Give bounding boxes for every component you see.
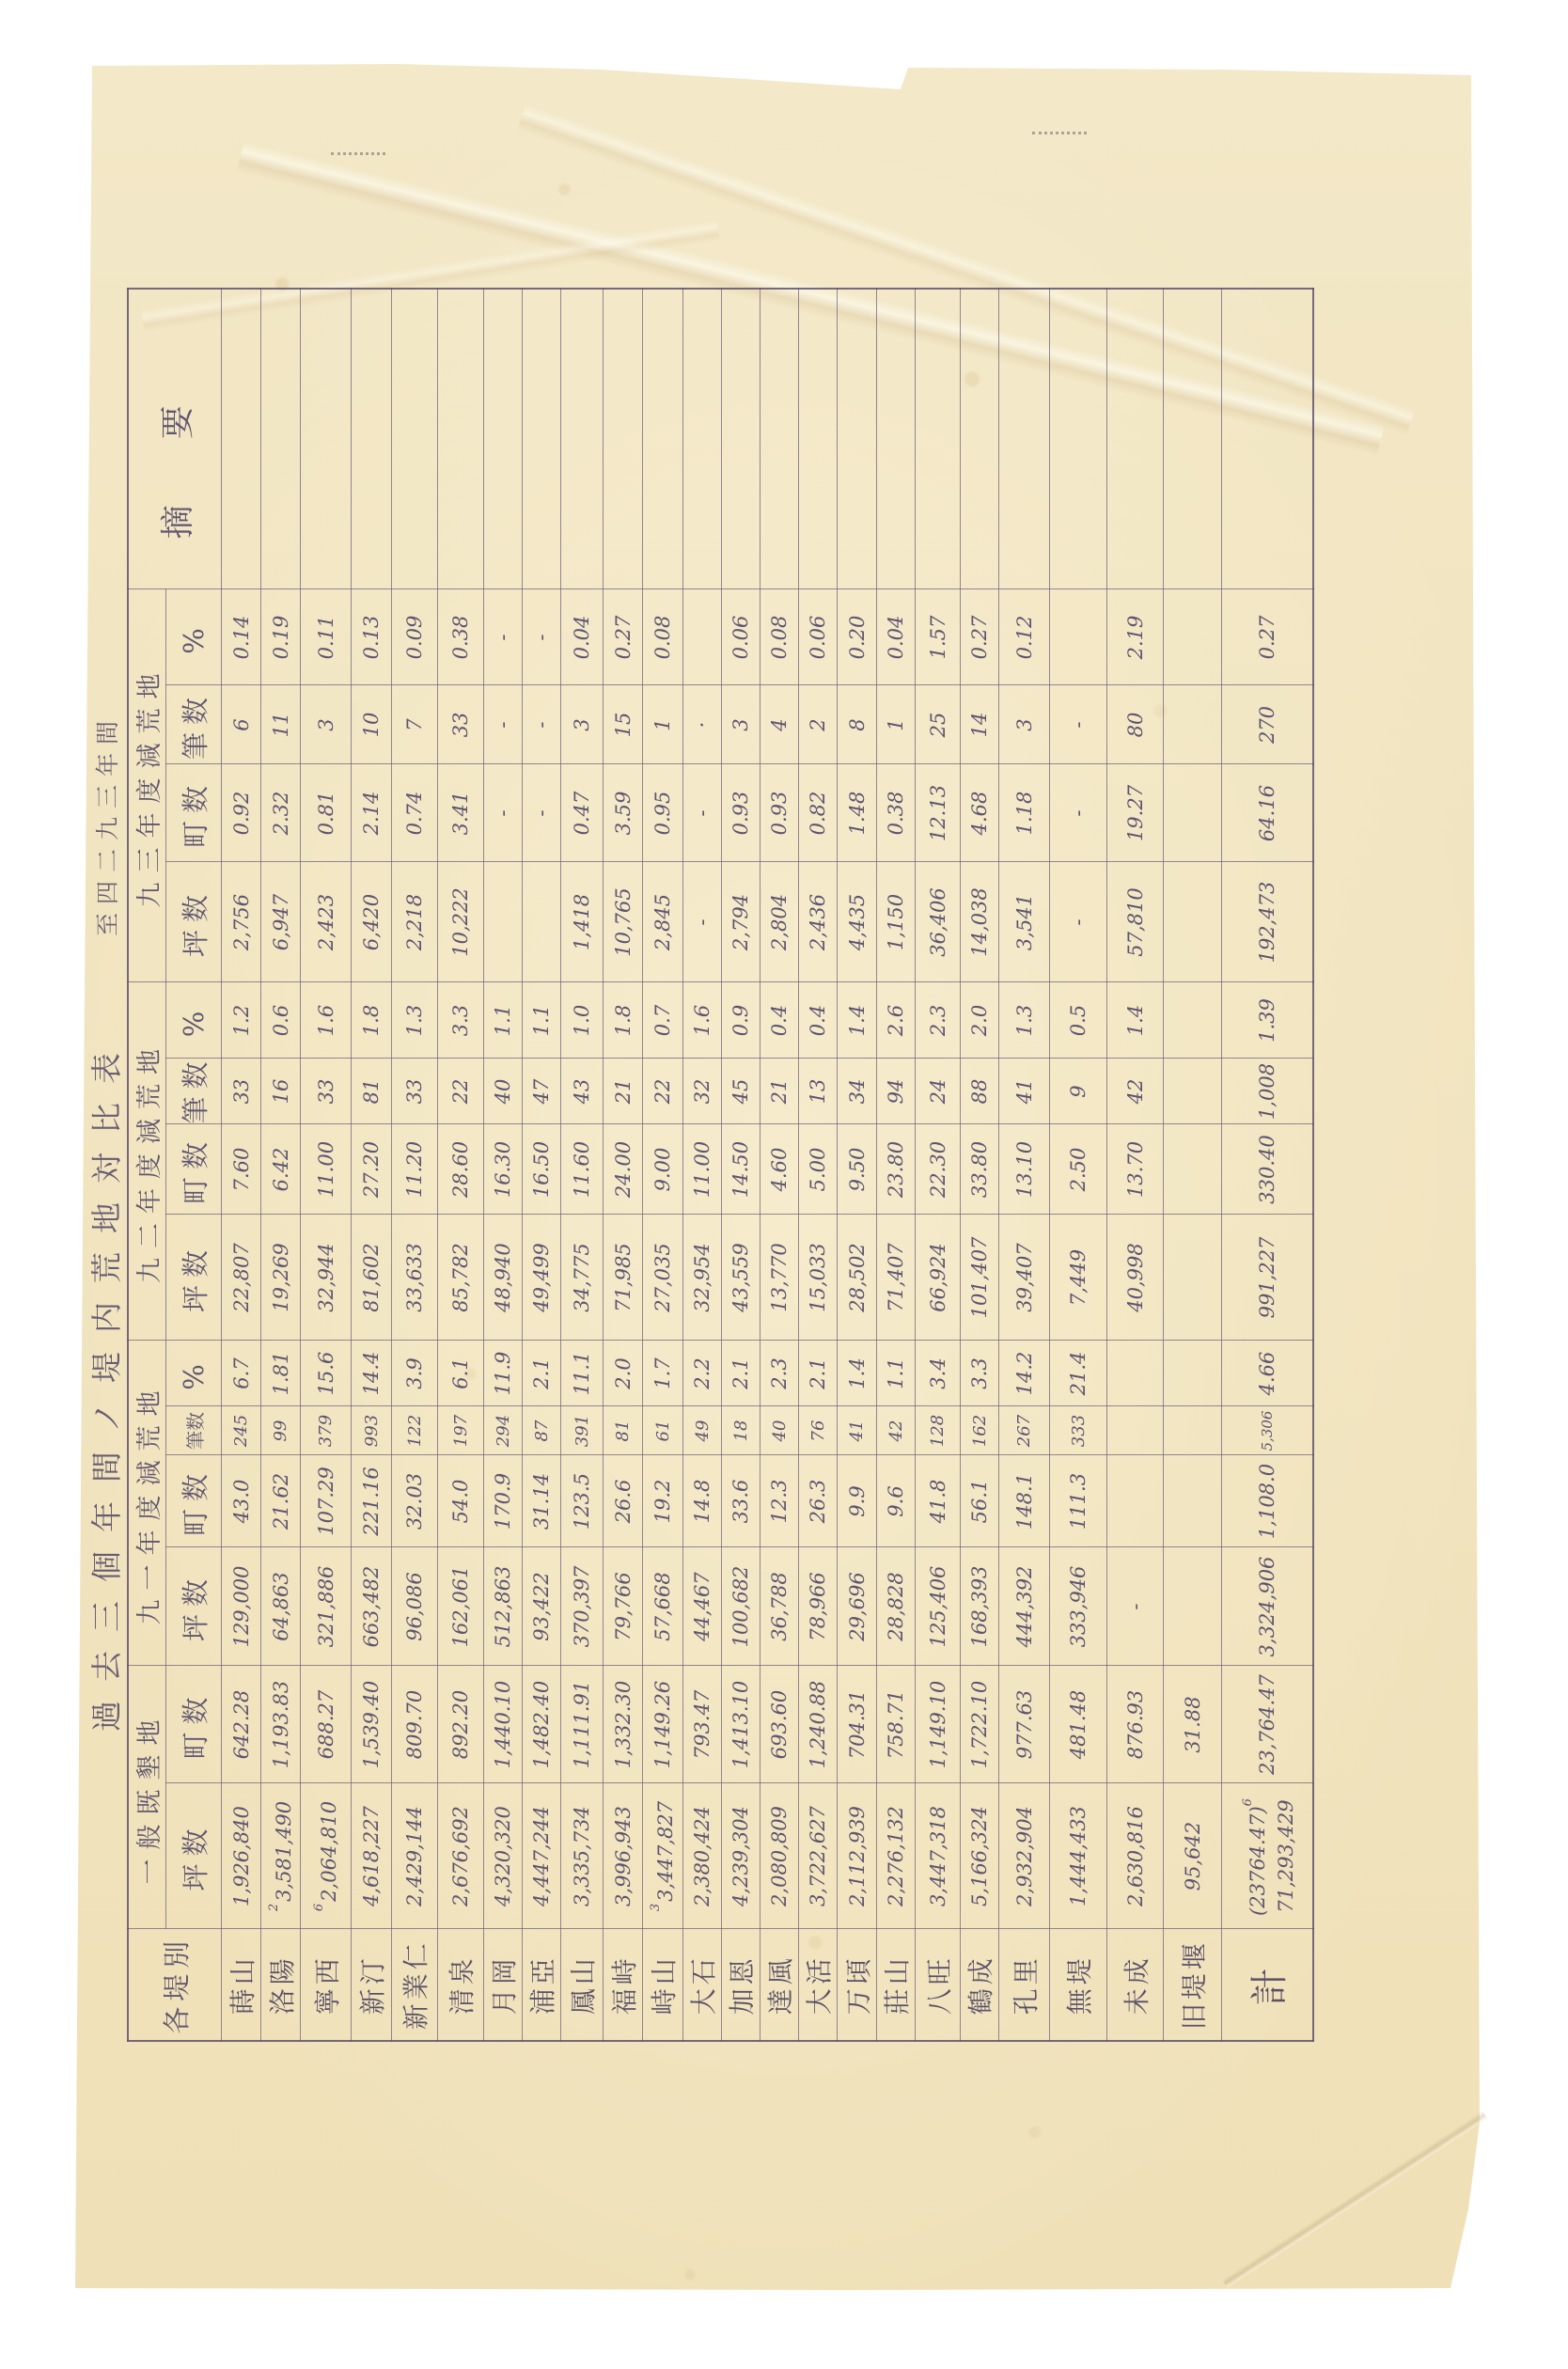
table-row: 鶴成 5,166,324 1,722.10 168,393 56.1 162 3… [961,289,999,2041]
y91-tsubo: 129,000 [222,1547,261,1666]
y91-cho: 9.9 [838,1455,877,1547]
wasteland-comparison-table-rotated: 各堤別 一般既墾地 九一年度減荒地 九二年度減荒地 九三年度減荒地 摘要 坪数 … [127,290,1297,2042]
y91-pct: 2.2 [683,1341,722,1406]
y91-pct: 6.7 [222,1341,261,1406]
y93-tsubo: - [1050,862,1107,982]
y92-tsubo: 991,227 [1222,1215,1313,1341]
y92-pct: 1.6 [683,982,722,1059]
y92-plots: 13 [799,1059,838,1124]
y93-tsubo: 2,845 [643,862,683,982]
y92-pct: 0.9 [722,982,760,1059]
total-label: 計 [1222,1929,1313,2041]
y92-plots: 22 [438,1059,484,1124]
y92-tsubo: 13,770 [760,1215,799,1341]
table-row: 洛陽 23,581,490 1,193.83 64,863 21.62 99 1… [261,289,301,2041]
y91-plots: 81 [604,1406,643,1455]
general-cho: 876.93 [1107,1666,1164,1783]
y93-cho: - [523,764,561,862]
y93-pct [1050,589,1107,685]
y93-cho: 0.93 [722,764,760,862]
y92-plots: 33 [392,1059,438,1124]
embankment-name: 無堤 [1050,1929,1107,2041]
embankment-name: 万頃 [838,1929,877,2041]
y92-cho: 11.60 [561,1124,604,1215]
table-row: 寧西 62,064,810 688.27 321,886 107.29 379 … [301,289,352,2041]
header-plots: 筆数 [166,685,222,764]
y91-tsubo: 333,946 [1050,1547,1107,1666]
y92-cho: 2.50 [1050,1124,1107,1215]
y91-pct: 3.4 [916,1341,961,1406]
embankment-name: 鶴成 [961,1929,999,2041]
remarks-cell [352,289,392,589]
y93-tsubo: 10,222 [438,862,484,982]
general-total-note: (23764.47) [1247,1806,1269,1916]
y92-cho: 4.60 [760,1124,799,1215]
table-body: 蒔山 1,926,840 642.28 129,000 43.0 245 6.7… [222,289,1313,2041]
embankment-name: 寧西 [301,1929,352,2041]
y93-tsubo: 36,406 [916,862,961,982]
remarks-cell [999,289,1050,589]
y91-plots: 61 [643,1406,683,1455]
y93-pct [1164,589,1222,685]
y92-pct: 1.2 [222,982,261,1059]
general-tsubo: 2,676,692 [438,1783,484,1929]
y92-cho: 24.00 [604,1124,643,1215]
y92-tsubo: 85,782 [438,1215,484,1341]
y92-cho: 33.80 [961,1124,999,1215]
y92-cho: 9.00 [643,1124,683,1215]
general-tsubo-value: 71,293,429 [1272,1784,1300,1929]
y93-cho: 12.13 [916,764,961,862]
y93-pct: 0.04 [561,589,604,685]
general-cho: 704.31 [838,1666,877,1783]
embankment-name: 福峙 [604,1929,643,2041]
y91-tsubo: 96,086 [392,1547,438,1666]
y91-tsubo: 125,406 [916,1547,961,1666]
general-cho: 642.28 [222,1666,261,1783]
header-pct: % [166,982,222,1059]
y93-tsubo [523,862,561,982]
y91-cho: 14.8 [683,1455,722,1547]
y92-pct: 3.3 [438,982,484,1059]
general-cho: 1,149.26 [643,1666,683,1783]
y93-plots: - [1050,685,1107,764]
header-group-row: 各堤別 一般既墾地 九一年度減荒地 九二年度減荒地 九三年度減荒地 摘要 [128,289,166,2041]
y92-cho: 13.10 [999,1124,1050,1215]
y93-tsubo: 4,435 [838,862,877,982]
y93-cho: - [683,764,722,862]
general-tsubo: 3,447,318 [916,1783,961,1929]
y92-tsubo: 40,998 [1107,1215,1164,1341]
y91-plots: 122 [392,1406,438,1455]
y92-pct [1164,982,1222,1059]
y93-pct: 0.38 [438,589,484,685]
y93-plots: 3 [722,685,760,764]
general-cho: 23,764.47 [1222,1666,1313,1783]
table-row: 新汀 4,618,227 1,539.40 663,482 221.16 993… [352,289,392,2041]
y93-tsubo [484,862,523,982]
y93-cho: 0.92 [222,764,261,862]
y91-cho: 26.6 [604,1455,643,1547]
y93-tsubo: - [683,862,722,982]
y93-tsubo: 1,150 [877,862,916,982]
y93-plots: 7 [392,685,438,764]
remarks-cell [484,289,523,589]
y91-plots: 18 [722,1406,760,1455]
y91-tsubo: 36,788 [760,1547,799,1666]
y91-pct: 14.4 [352,1341,392,1406]
y93-tsubo: 1,418 [561,862,604,982]
y92-tsubo: 71,985 [604,1215,643,1341]
general-tsubo: 3,335,734 [561,1783,604,1929]
y91-tsubo: - [1107,1547,1164,1666]
wasteland-comparison-table: 各堤別 一般既墾地 九一年度減荒地 九二年度減荒地 九三年度減荒地 摘要 坪数 … [127,288,1314,2042]
y93-cho: - [1050,764,1107,862]
y91-pct: 11.1 [561,1341,604,1406]
table-header: 各堤別 一般既墾地 九一年度減荒地 九二年度減荒地 九三年度減荒地 摘要 坪数 … [128,289,222,2041]
y92-cho: 9.50 [838,1124,877,1215]
header-embankment: 各堤別 [128,1929,222,2041]
embankment-name: 八旺 [916,1929,961,2041]
y92-cho: 11.00 [683,1124,722,1215]
y93-cho: - [484,764,523,862]
y91-tsubo: 44,467 [683,1547,722,1666]
header-tsubo: 坪数 [166,1547,222,1666]
remarks-cell [838,289,877,589]
header-tsubo: 坪数 [166,1215,222,1341]
y93-cho: 0.81 [301,764,352,862]
general-cho: 31.88 [1164,1666,1222,1783]
y92-cho: 27.20 [352,1124,392,1215]
header-remarks: 摘要 [128,289,222,589]
embankment-name: 大活 [799,1929,838,2041]
general-tsubo: 2,932,904 [999,1783,1050,1929]
y91-cho: 41.8 [916,1455,961,1547]
y91-pct: 1.7 [643,1341,683,1406]
y91-cho: 148.1 [999,1455,1050,1547]
y91-tsubo: 28,828 [877,1547,916,1666]
y91-plots: 993 [352,1406,392,1455]
y91-tsubo: 78,966 [799,1547,838,1666]
y93-pct: 0.19 [261,589,301,685]
y92-pct: 1.3 [999,982,1050,1059]
embankment-name: 新業仁 [392,1929,438,2041]
header-cho: 町数 [166,764,222,862]
general-tsubo-value: 2,064,810 [318,1801,340,1902]
y91-plots [1164,1406,1222,1455]
y91-plots: 41 [838,1406,877,1455]
fraction-mark: 6 [1241,1798,1255,1806]
general-tsubo: 1,926,840 [222,1783,261,1929]
y91-tsubo: 64,863 [261,1547,301,1666]
y93-tsubo: 10,765 [604,862,643,982]
y91-plots: 40 [760,1406,799,1455]
y92-cho [1164,1124,1222,1215]
y91-plots: 267 [999,1406,1050,1455]
y93-pct [683,589,722,685]
y92-plots: 88 [961,1059,999,1124]
y92-plots: 33 [301,1059,352,1124]
y91-pct: 3.3 [961,1341,999,1406]
y92-plots: 34 [838,1059,877,1124]
y93-plots: - [484,685,523,764]
y91-cho: 1,108.0 [1222,1455,1313,1547]
table-row: 加恩 4,239,304 1,413.10 100,682 33.6 18 2.… [722,289,760,2041]
y91-tsubo: 100,682 [722,1547,760,1666]
header-cho: 町数 [166,1455,222,1547]
y91-pct [1164,1341,1222,1406]
general-tsubo: 4,239,304 [722,1783,760,1929]
y91-pct: 11.9 [484,1341,523,1406]
y92-tsubo: 101,407 [961,1215,999,1341]
remarks-cell [301,289,352,589]
y93-cho: 2.14 [352,764,392,862]
general-cho: 809.70 [392,1666,438,1783]
remarks-cell [1164,289,1222,589]
y92-tsubo: 19,269 [261,1215,301,1341]
y92-tsubo: 15,033 [799,1215,838,1341]
y91-plots: 49 [683,1406,722,1455]
general-cho: 977.63 [999,1666,1050,1783]
y92-tsubo: 48,940 [484,1215,523,1341]
table-row: 無堤 1,444,433 481.48 333,946 111.3 333 21… [1050,289,1107,2041]
general-tsubo: 2,630,816 [1107,1783,1164,1929]
y92-pct: 0.5 [1050,982,1107,1059]
y92-plots: 9 [1050,1059,1107,1124]
y92-cho: 23.80 [877,1124,916,1215]
table-row: 峙山 33,447,827 1,149.26 57,668 19.2 61 1.… [643,289,683,2041]
y91-tsubo: 168,393 [961,1547,999,1666]
y93-tsubo: 6,420 [352,862,392,982]
y91-cho: 107.29 [301,1455,352,1547]
y93-plots: 3 [301,685,352,764]
y92-tsubo: 49,499 [523,1215,561,1341]
y91-cho: 33.6 [722,1455,760,1547]
y93-pct: 0.08 [760,589,799,685]
y93-tsubo: 2,756 [222,862,261,982]
y93-pct: 0.11 [301,589,352,685]
y91-tsubo: 93,422 [523,1547,561,1666]
y93-tsubo [1164,862,1222,982]
header-y93: 九三年度減荒地 [128,589,166,982]
embankment-name: 加恩 [722,1929,760,2041]
y92-plots: 1,008 [1222,1059,1313,1124]
table-row: 月岡 4,320,320 1,440.10 512,863 170.9 294 … [484,289,523,2041]
y92-plots: 22 [643,1059,683,1124]
table-row: 旧堤堰 95,642 31.88 [1164,289,1222,2041]
table-row: 万頃 2,112,939 704.31 29,696 9.9 41 1.4 28… [838,289,877,2041]
y92-tsubo: 32,944 [301,1215,352,1341]
y93-plots: 8 [838,685,877,764]
remarks-cell [604,289,643,589]
remarks-cell [683,289,722,589]
y93-tsubo: 2,218 [392,862,438,982]
fraction-mark: 2 [267,1904,281,1911]
y93-plots: 4 [760,685,799,764]
general-cho: 1,332.30 [604,1666,643,1783]
y93-tsubo: 14,038 [961,862,999,982]
y93-plots: 2 [799,685,838,764]
general-cho: 693.60 [760,1666,799,1783]
general-tsubo-value: 3,581,490 [273,1801,295,1902]
y91-plots: 99 [261,1406,301,1455]
y93-plots [1164,685,1222,764]
table-row: 福峙 3,996,943 1,332.30 79,766 26.6 81 2.0… [604,289,643,2041]
remarks-cell [1107,289,1164,589]
embankment-name: 峙山 [643,1929,683,2041]
y91-pct: 1.4 [838,1341,877,1406]
y93-pct: 0.04 [877,589,916,685]
y93-plots: · [683,685,722,764]
general-cho: 1,149.10 [916,1666,961,1783]
table-row: 新業仁 2,429,144 809.70 96,086 32.03 122 3.… [392,289,438,2041]
embankment-name: 浦亞 [523,1929,561,2041]
remarks-cell [799,289,838,589]
embankment-name: 旧堤堰 [1164,1929,1222,2041]
y92-plots: 47 [523,1059,561,1124]
general-tsubo: 33,447,827 [643,1783,683,1929]
y92-plots: 21 [760,1059,799,1124]
y93-plots: - [523,685,561,764]
y91-cho: 221.16 [352,1455,392,1547]
y93-tsubo: 2,436 [799,862,838,982]
y92-tsubo: 22,807 [222,1215,261,1341]
y91-pct: 1.81 [261,1341,301,1406]
remarks-cell [523,289,561,589]
y93-plots: 11 [261,685,301,764]
y91-cho: 31.14 [523,1455,561,1547]
y92-cho: 11.20 [392,1124,438,1215]
y91-cho [1164,1455,1222,1547]
y93-plots: 15 [604,685,643,764]
y92-pct: 1.3 [392,982,438,1059]
y92-cho: 7.60 [222,1124,261,1215]
general-cho: 1,539.40 [352,1666,392,1783]
y91-cho: 32.03 [392,1455,438,1547]
general-tsubo: 3,722,627 [799,1783,838,1929]
header-tsubo: 坪数 [166,862,222,982]
y91-plots: 333 [1050,1406,1107,1455]
y91-pct: 3.9 [392,1341,438,1406]
y93-plots: 1 [877,685,916,764]
general-tsubo: 5,166,324 [961,1783,999,1929]
embankment-name: 新汀 [352,1929,392,2041]
y93-pct: 0.09 [392,589,438,685]
general-cho: 1,413.10 [722,1666,760,1783]
y93-cho: 3.59 [604,764,643,862]
y93-plots: 10 [352,685,392,764]
y93-pct: 0.06 [722,589,760,685]
y92-plots: 40 [484,1059,523,1124]
y93-plots: 1 [643,685,683,764]
y93-cho: 0.74 [392,764,438,862]
y93-plots: 25 [916,685,961,764]
y92-plots: 16 [261,1059,301,1124]
y93-pct: 1.57 [916,589,961,685]
table-row: 清泉 2,676,692 892.20 162,061 54.0 197 6.1… [438,289,484,2041]
y91-tsubo: 663,482 [352,1547,392,1666]
y91-plots: 294 [484,1406,523,1455]
y91-tsubo: 57,668 [643,1547,683,1666]
y93-tsubo: 3,541 [999,862,1050,982]
y91-tsubo: 512,863 [484,1547,523,1666]
y92-pct: 1.8 [352,982,392,1059]
general-tsubo: 95,642 [1164,1783,1222,1929]
y91-plots: 42 [877,1406,916,1455]
table-row: 莊山 2,276,132 758.71 28,828 9.6 42 1.1 71… [877,289,916,2041]
table-row: 達風 2,080,809 693.60 36,788 12.3 40 2.3 1… [760,289,799,2041]
y93-plots: 80 [1107,685,1164,764]
y91-tsubo: 321,886 [301,1547,352,1666]
embankment-name: 達風 [760,1929,799,2041]
general-tsubo: 23,581,490 [261,1783,301,1929]
general-tsubo: 4,618,227 [352,1783,392,1929]
remarks-cell [261,289,301,589]
y92-pct: 1.39 [1222,982,1313,1059]
table-row: 鳳山 3,335,734 1,111.91 370,397 123.5 391 … [561,289,604,2041]
y91-cho [1107,1455,1164,1547]
y93-cho: 1.18 [999,764,1050,862]
general-cho: 793.47 [683,1666,722,1783]
general-tsubo: 4,447,244 [523,1783,561,1929]
general-cho: 1,482.40 [523,1666,561,1783]
y91-tsubo: 444,392 [999,1547,1050,1666]
y93-plots: 14 [961,685,999,764]
y93-plots: 3 [999,685,1050,764]
y93-pct: 0.14 [222,589,261,685]
remarks-cell [643,289,683,589]
binding-hole-marks [1032,132,1087,138]
y92-plots: 45 [722,1059,760,1124]
y92-tsubo: 32,954 [683,1215,722,1341]
embankment-name: 莊山 [877,1929,916,2041]
header-plots: 筆数 [166,1059,222,1124]
y91-plots: 162 [961,1406,999,1455]
fraction-mark: 3 [649,1904,663,1911]
y92-cho: 13.70 [1107,1124,1164,1215]
remarks-cell [722,289,760,589]
general-tsubo-value: 3,447,827 [654,1801,677,1902]
y91-pct: 15.6 [301,1341,352,1406]
embankment-name: 月岡 [484,1929,523,2041]
y93-pct: 0.27 [1222,589,1313,685]
y93-tsubo: 2,804 [760,862,799,982]
y92-plots: 24 [916,1059,961,1124]
y92-pct: 1.6 [301,982,352,1059]
y91-pct: 2.1 [799,1341,838,1406]
y92-tsubo [1164,1215,1222,1341]
general-cho: 1,240.88 [799,1666,838,1783]
y92-cho: 16.30 [484,1124,523,1215]
embankment-name: 清泉 [438,1929,484,2041]
y91-pct: 4.66 [1222,1341,1313,1406]
table-row: 未成 2,630,816 876.93 - 40,998 13.70 42 1.… [1107,289,1164,2041]
y93-pct: 0.20 [838,589,877,685]
y92-plots [1164,1059,1222,1124]
y92-plots: 81 [352,1059,392,1124]
y91-pct: 2.1 [523,1341,561,1406]
y92-plots: 43 [561,1059,604,1124]
y92-plots: 32 [683,1059,722,1124]
remarks-cell [438,289,484,589]
general-cho: 1,111.91 [561,1666,604,1783]
general-cho: 1,440.10 [484,1666,523,1783]
table-row: 大石 2,380,424 793.47 44,467 14.8 49 2.2 3… [683,289,722,2041]
header-pct: % [166,1341,222,1406]
y93-cho [1164,764,1222,862]
y92-pct: 1.8 [604,982,643,1059]
y92-tsubo: 28,502 [838,1215,877,1341]
